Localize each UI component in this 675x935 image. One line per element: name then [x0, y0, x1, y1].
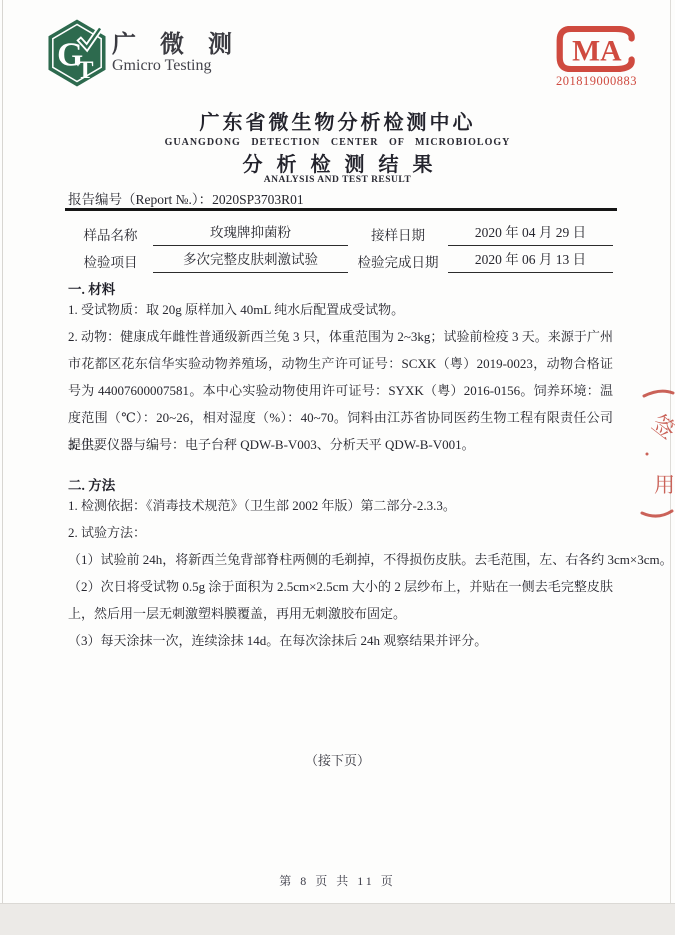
complete-date-label: 检验完成日期 — [348, 251, 448, 271]
report-page: G T 广 微 测 Gmicro Testing MA 201819000883… — [0, 0, 675, 935]
sample-name-label: 样品名称 — [68, 224, 153, 244]
table-row: 样品名称 玫瑰牌抑菌粉 接样日期 2020 年 04 月 29 日 — [68, 220, 613, 247]
page-number: 第 8 页 共 11 页 — [0, 872, 675, 889]
doc-title-cn: 分析检测结果 — [0, 148, 675, 177]
sample-info-table: 样品名称 玫瑰牌抑菌粉 接样日期 2020 年 04 月 29 日 检验项目 多… — [68, 220, 613, 274]
gmicro-logo-icon: G T — [46, 18, 108, 88]
stamp-char-top: 签 — [647, 410, 675, 444]
cma-mark-icon: MA — [556, 26, 642, 72]
complete-date-value: 2020 年 06 月 13 日 — [448, 248, 613, 273]
table-row: 检验项目 多次完整皮肤刺激试验 检验完成日期 2020 年 06 月 13 日 — [68, 247, 613, 274]
section-materials-heading: 一. 材料 — [68, 278, 115, 298]
report-number-value: 2020SP3703R01 — [212, 192, 304, 207]
scan-bottom-band — [0, 903, 675, 935]
report-number-line: 报告编号（Report №.）：2020SP3703R01 — [68, 188, 304, 208]
test-item-label: 检验项目 — [68, 251, 153, 271]
header-rule — [65, 208, 617, 211]
logo-letter-t: T — [77, 57, 94, 84]
red-stamp-icon: 签 用 — [630, 386, 675, 521]
doc-title-en: ANALYSIS AND TEST RESULT — [0, 175, 675, 185]
materials-p3: 3. 主要仪器与编号：电子台秤 QDW-B-V003、分析天平 QDW-B-V0… — [68, 431, 613, 458]
materials-p1: 1. 受试物质：取 20g 原样加入 40mL 纯水后配置成受试物。 — [68, 296, 613, 323]
test-item-value: 多次完整皮肤刺激试验 — [153, 248, 348, 273]
section-methods-heading: 二. 方法 — [68, 474, 115, 494]
center-name-cn: 广东省微生物分析检测中心 — [0, 106, 675, 135]
methods-step2: （2）次日将受试物 0.5g 涂于面积为 2.5cm×2.5cm 大小的 2 层… — [68, 573, 613, 627]
center-name-en: GUANGDONG DETECTION CENTER OF MICROBIOLO… — [0, 137, 675, 148]
methods-step1: （1）试验前 24h，将新西兰兔背部脊柱两侧的毛剃掉，不得损伤皮肤。去毛范围，左… — [68, 546, 613, 573]
methods-p2: 2. 试验方法： — [68, 519, 613, 546]
logo-en-name: Gmicro Testing — [112, 57, 211, 75]
cma-certificate-number: 201819000883 — [556, 74, 637, 89]
report-number-label: 报告编号（Report №.）： — [68, 192, 212, 207]
logo-cn-name: 广 微 测 — [112, 24, 241, 59]
receive-date-label: 接样日期 — [348, 224, 448, 244]
continuation-note: （接下页） — [0, 750, 675, 769]
methods-p1: 1. 检测依据：《消毒技术规范》（卫生部 2002 年版）第二部分-2.3.3。 — [68, 492, 613, 519]
cma-letters: MA — [572, 36, 622, 68]
stamp-char-bottom: 用 — [654, 473, 675, 497]
methods-step3: （3）每天涂抹一次，连续涂抹 14d。在每次涂抹后 24h 观察结果并评分。 — [68, 627, 613, 654]
sample-name-value: 玫瑰牌抑菌粉 — [153, 221, 348, 246]
receive-date-value: 2020 年 04 月 29 日 — [448, 221, 613, 246]
